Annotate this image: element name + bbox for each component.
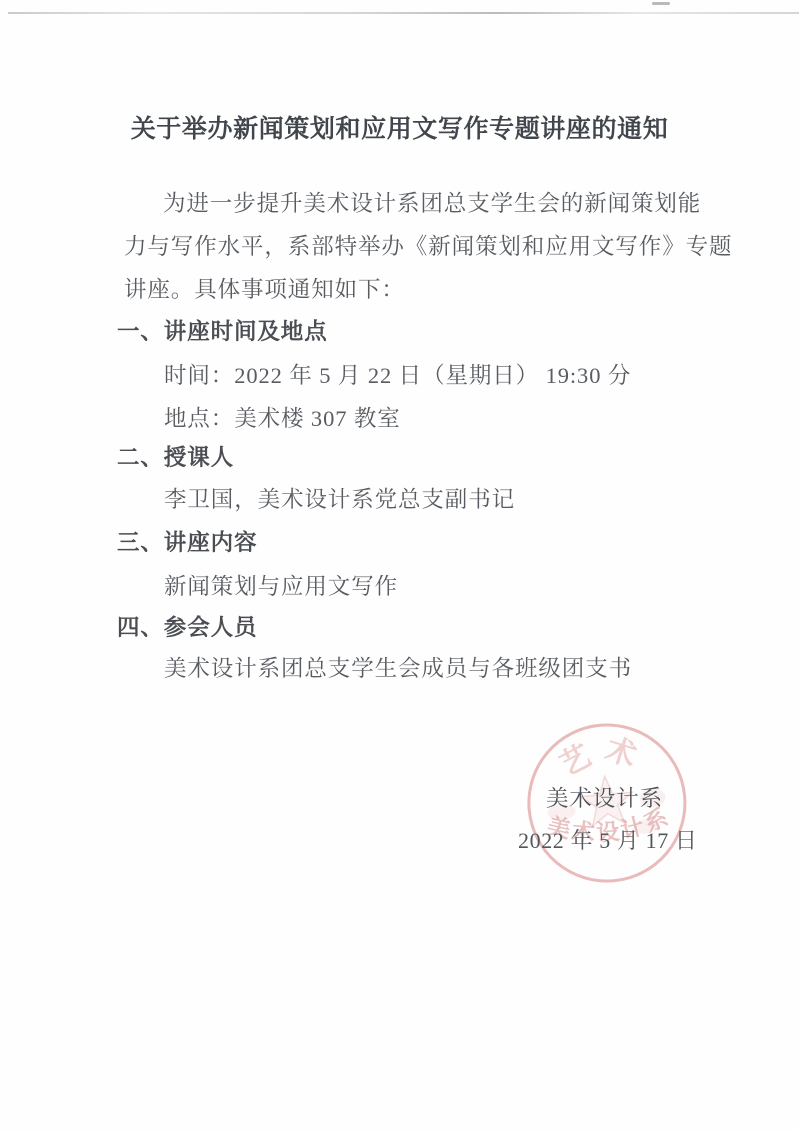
section-heading: 三、讲座内容 — [117, 528, 257, 558]
scan-artifact-dash — [652, 2, 670, 5]
seal-top-text: 艺术 — [553, 729, 652, 783]
section-heading: 四、参会人员 — [117, 613, 257, 643]
section-item-lecturer: 李卫国，美术设计系党总支副书记 — [164, 485, 515, 515]
svg-text:艺术: 艺术 — [553, 729, 652, 783]
document-page: 关于举办新闻策划和应用文写作专题讲座的通知 为进一步提升美术设计系团总支学生会的… — [0, 0, 799, 1131]
section-item-place: 地点：美术楼 307 教室 — [164, 404, 401, 434]
signature-date: 2022 年 5 月 17 日 — [518, 824, 698, 855]
section-item-attendees: 美术设计系团总支学生会成员与各班级团支书 — [164, 654, 632, 684]
scan-artifact-line — [8, 12, 799, 14]
intro-line: 力与写作水平，系部特举办《新闻策划和应用文写作》专题 — [124, 232, 732, 262]
signature-department: 美术设计系 — [546, 781, 663, 813]
section-heading: 二、授课人 — [117, 443, 234, 473]
section-heading: 一、讲座时间及地点 — [117, 317, 328, 347]
intro-line: 讲座。具体事项通知如下： — [124, 275, 405, 305]
intro-line: 为进一步提升美术设计系团总支学生会的新闻策划能 — [163, 189, 701, 219]
page-title: 关于举办新闻策划和应用文写作专题讲座的通知 — [0, 109, 799, 145]
section-item-content: 新闻策划与应用文写作 — [164, 572, 398, 602]
section-item-time: 时间：2022 年 5 月 22 日（星期日） 19:30 分 — [164, 361, 631, 391]
